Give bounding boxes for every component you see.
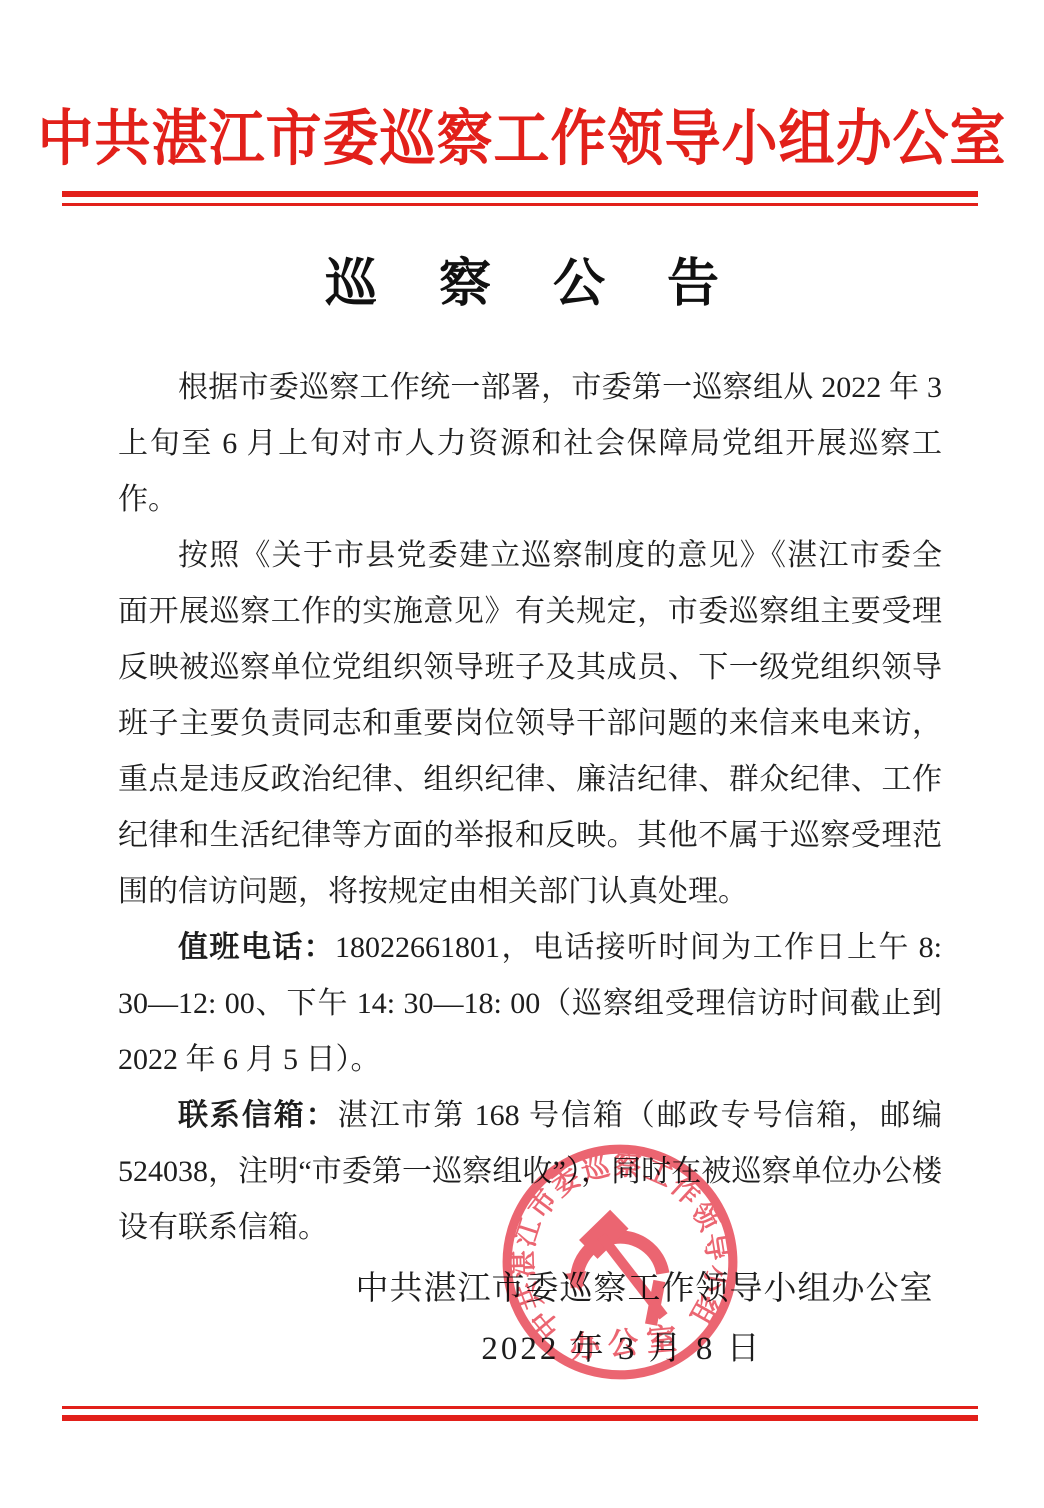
duty-phone-label: 值班电话： (178, 931, 335, 964)
footer-rule-thick (62, 1415, 978, 1421)
hammer-and-sickle-icon (560, 1216, 668, 1332)
paragraph-duty-phone: 值班电话：18022661801，电话接听时间为工作日上午 8: 30—12: … (118, 920, 942, 1088)
paragraph: 按照《关于市县党委建立巡察制度的意见》《湛江市委全面开展巡察工作的实施意见》有关… (118, 528, 942, 920)
header-org-title: 中共湛江市委巡察工作领导小组办公室 (0, 91, 1044, 177)
paragraph-text: 按照《关于市县党委建立巡察制度的意见》《湛江市委全面开展巡察工作的实施意见》有关… (118, 539, 942, 908)
header-rule-thin (62, 203, 978, 206)
document-body: 根据市委巡察工作统一部署，市委第一巡察组从 2022 年 3 上旬至 6 月上旬… (118, 360, 942, 1256)
announcement-page: 中共湛江市委巡察工作领导小组办公室 巡察公告 根据市委巡察工作统一部署，市委第一… (0, 0, 1044, 1508)
document-title: 巡察公告 (0, 241, 1044, 316)
header-rule-thick (62, 191, 978, 197)
seal-bottom-text: 办公室 (568, 1321, 686, 1365)
paragraph: 根据市委巡察工作统一部署，市委第一巡察组从 2022 年 3 上旬至 6 月上旬… (118, 360, 942, 528)
official-seal: 中共湛江市委巡察工作领导小组 办公室 (488, 1130, 752, 1394)
contact-mailbox-label: 联系信箱： (178, 1099, 338, 1132)
footer-rule-thin (62, 1406, 978, 1409)
paragraph-text: 根据市委巡察工作统一部署，市委第一巡察组从 2022 年 3 上旬至 6 月上旬… (118, 371, 942, 516)
